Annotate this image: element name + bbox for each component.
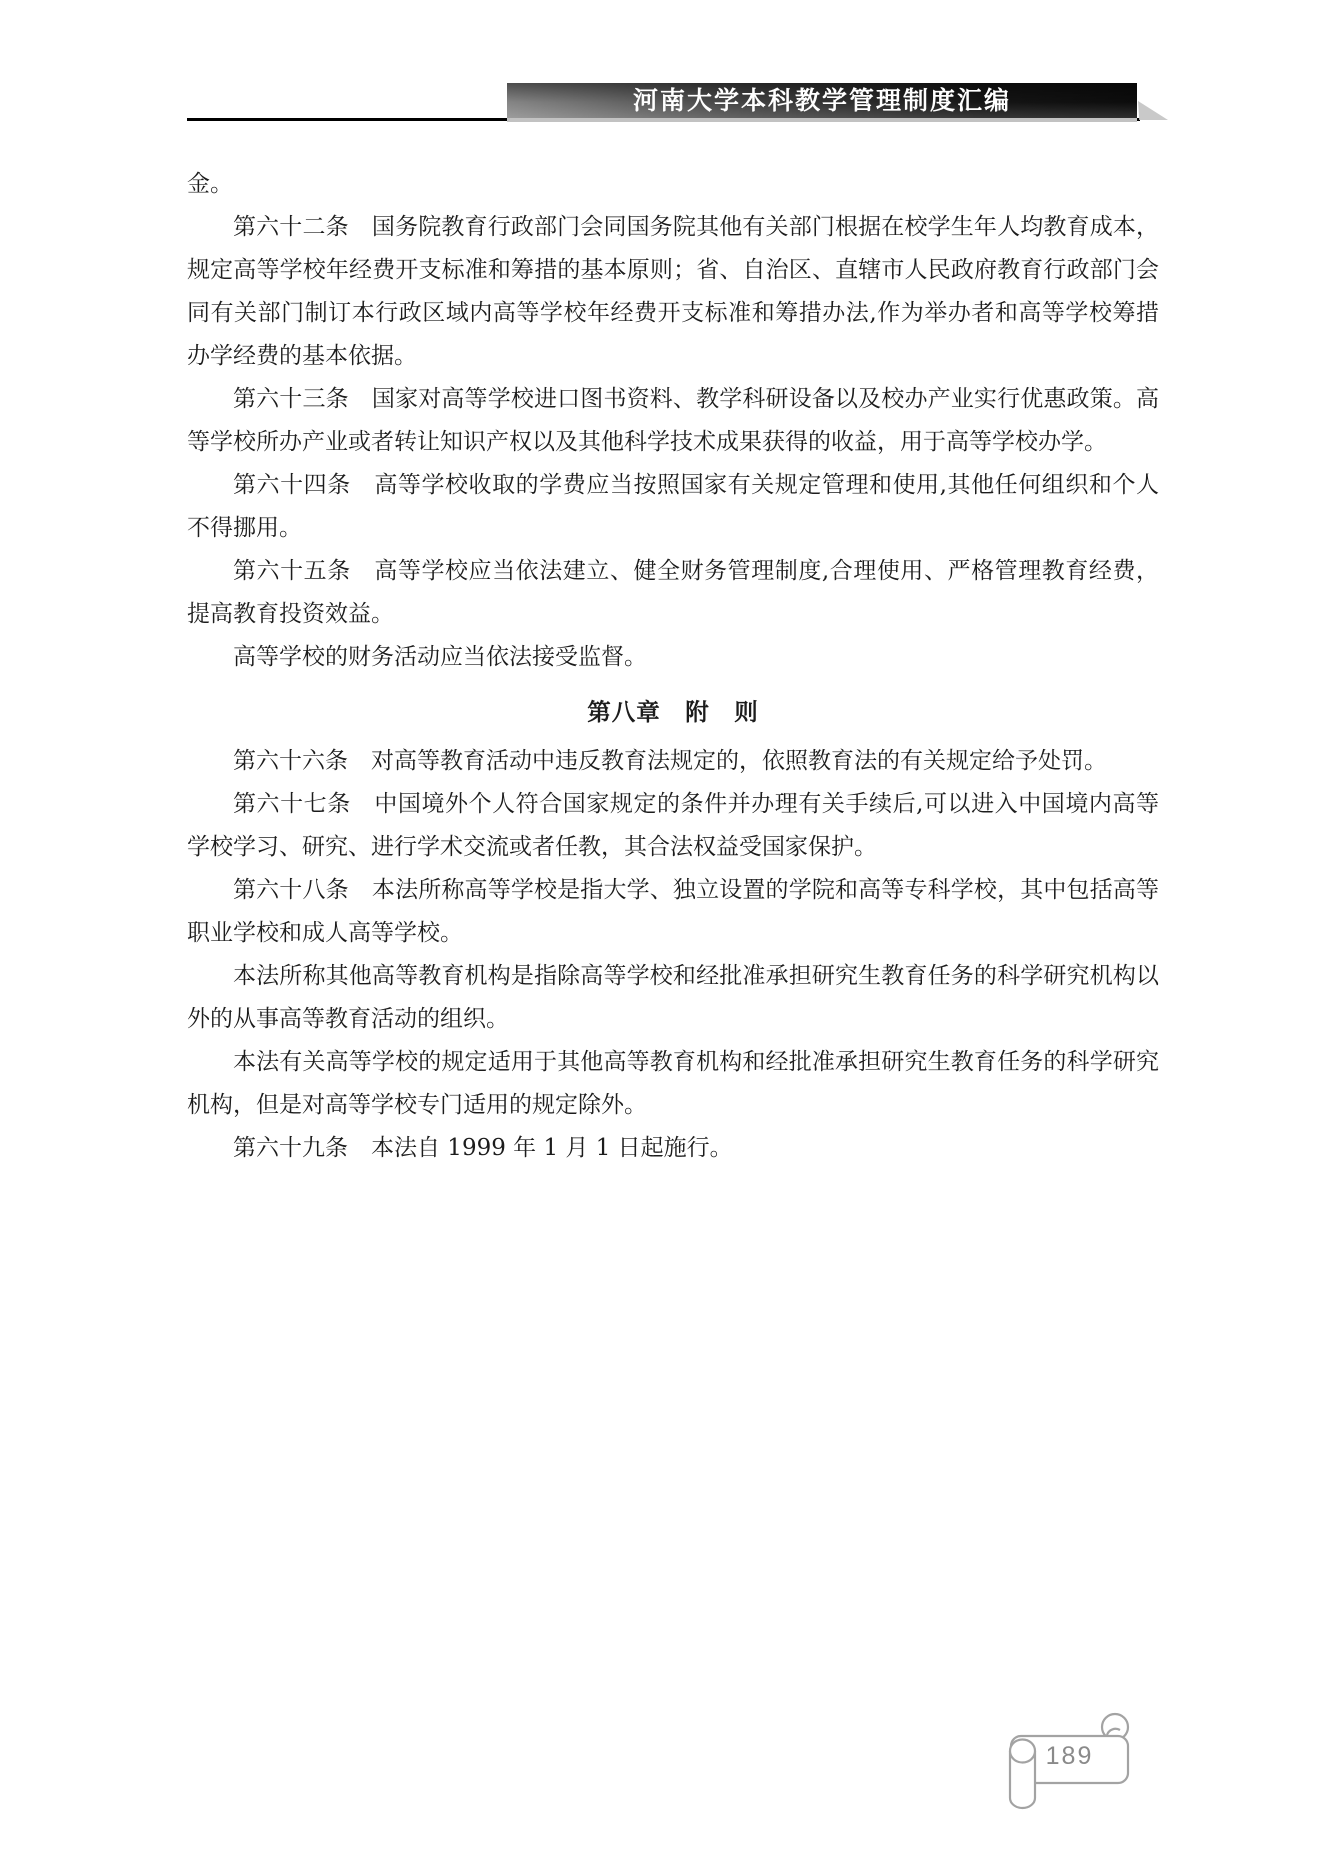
paragraph: 高等学校的财务活动应当依法接受监督。: [187, 636, 1159, 679]
page-number: 189: [1011, 1742, 1128, 1771]
paragraph: 第六十九条 本法自 1999 年 1 月 1 日起施行。: [187, 1127, 1159, 1170]
paragraph: 第六十六条 对高等教育活动中违反教育法规定的，依照教育法的有关规定给予处罚。: [187, 740, 1159, 783]
paragraph: 本法有关高等学校的规定适用于其他高等教育机构和经批准承担研究生教育任务的科学研究…: [187, 1041, 1159, 1127]
paragraph: 第六十七条 中国境外个人符合国家规定的条件并办理有关手续后,可以进入中国境内高等…: [187, 783, 1159, 869]
page-curl-triangle: [1138, 101, 1168, 120]
chapter-heading: 第八章 附 则: [187, 691, 1159, 734]
paragraph: 本法所称其他高等教育机构是指除高等学校和经批准承担研究生教育任务的科学研究机构以…: [187, 955, 1159, 1041]
paragraph: 第六十二条 国务院教育行政部门会同国务院其他有关部门根据在校学生年人均教育成本，…: [187, 206, 1159, 378]
header-banner: 河南大学本科教学管理制度汇编: [507, 83, 1137, 122]
document-body: 金。 第六十二条 国务院教育行政部门会同国务院其他有关部门根据在校学生年人均教育…: [187, 163, 1159, 1170]
header-title: 河南大学本科教学管理制度汇编: [633, 83, 1011, 118]
paragraph: 第六十五条 高等学校应当依法建立、健全财务管理制度,合理使用、严格管理教育经费，…: [187, 550, 1159, 636]
paragraph: 第六十三条 国家对高等学校进口图书资料、教学科研设备以及校办产业实行优惠政策。高…: [187, 378, 1159, 464]
document-page: 河南大学本科教学管理制度汇编 金。 第六十二条 国务院教育行政部门会同国务院其他…: [0, 0, 1323, 1871]
paragraph: 第六十四条 高等学校收取的学费应当按照国家有关规定管理和使用,其他任何组织和个人…: [187, 464, 1159, 550]
paragraph: 金。: [187, 163, 1159, 206]
paragraph: 第六十八条 本法所称高等学校是指大学、独立设置的学院和高等专科学校，其中包括高等…: [187, 869, 1159, 955]
page-number-scroll: 189: [1004, 1708, 1136, 1818]
